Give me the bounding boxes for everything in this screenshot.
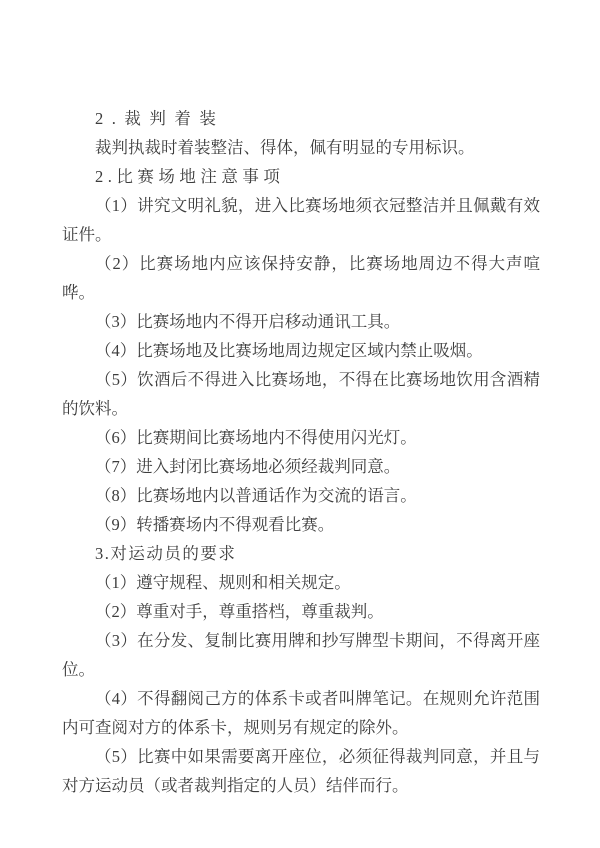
paragraph-6: （3）比赛场地内不得开启移动通讯工具。 [62,307,540,336]
document-page: 2.裁判着装裁判执裁时着装整洁、得体，佩有明显的专用标识。2.比赛场地注意事项（… [0,0,600,848]
document-content: 2.裁判着装裁判执裁时着装整洁、得体，佩有明显的专用标识。2.比赛场地注意事项（… [62,104,540,800]
paragraph-11: （8）比赛场地内以普通话作为交流的语言。 [62,481,540,510]
paragraph-10: （7）进入封闭比赛场地必须经裁判同意。 [62,452,540,481]
paragraph-14: （1）遵守规程、规则和相关规定。 [62,568,540,597]
paragraph-3: 2.比赛场地注意事项 [62,162,540,191]
paragraph-2: 裁判执裁时着装整洁、得体，佩有明显的专用标识。 [62,133,540,162]
paragraph-17: （4）不得翻阅己方的体系卡或者叫牌笔记。在规则允许范围内可查阅对方的体系卡，规则… [62,684,540,742]
paragraph-13: 3.对运动员的要求 [62,539,540,568]
paragraph-4: （1）讲究文明礼貌，进入比赛场地须衣冠整洁并且佩戴有效证件。 [62,191,540,249]
paragraph-12: （9）转播赛场内不得观看比赛。 [62,510,540,539]
paragraph-16: （3）在分发、复制比赛用牌和抄写牌型卡期间，不得离开座位。 [62,626,540,684]
paragraph-8: （5）饮酒后不得进入比赛场地，不得在比赛场地饮用含酒精的饮料。 [62,365,540,423]
paragraph-1: 2.裁判着装 [62,104,540,133]
paragraph-9: （6）比赛期间比赛场地内不得使用闪光灯。 [62,423,540,452]
paragraph-18: （5）比赛中如果需要离开座位，必须征得裁判同意，并且与对方运动员（或者裁判指定的… [62,742,540,800]
paragraph-15: （2）尊重对手，尊重搭档，尊重裁判。 [62,597,540,626]
paragraph-7: （4）比赛场地及比赛场地周边规定区域内禁止吸烟。 [62,336,540,365]
paragraph-5: （2）比赛场地内应该保持安静，比赛场地周边不得大声喧哗。 [62,249,540,307]
